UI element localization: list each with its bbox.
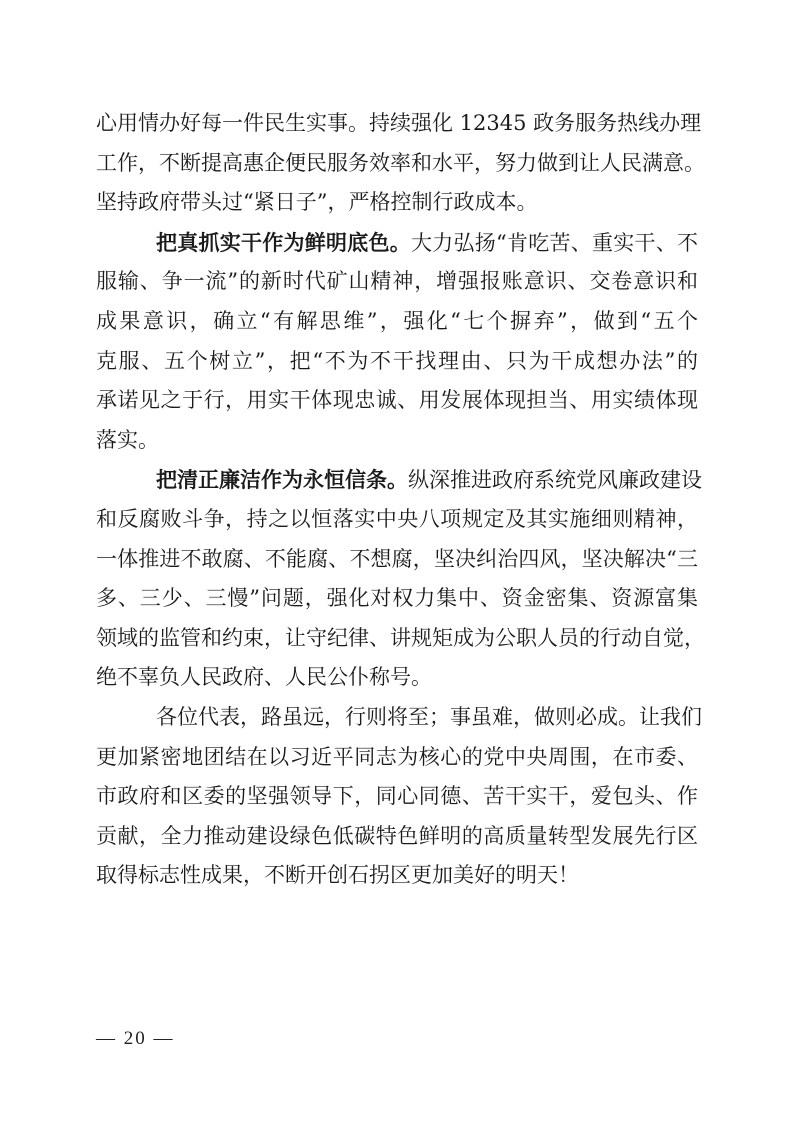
text-line: 把清正廉洁作为永恒信条。纵深推进政府系统党风廉政建设 — [96, 460, 698, 500]
text-line: 市政府和区委的坚强领导下，同心同德、苦干实干，爱包头、作 — [96, 777, 698, 817]
text-line: 领域的监管和约束，让守纪律、讲规矩成为公职人员的行动自觉， — [96, 619, 698, 659]
text-line: 工作，不断提高惠企便民服务效率和水平，努力做到让人民满意。 — [96, 144, 698, 184]
page-number: — 20 — — [96, 1028, 175, 1050]
text-span: 纵深推进政府系统党风廉政建设 — [408, 468, 702, 492]
paragraph-heading: 把真抓实干作为鲜明底色。 — [156, 230, 411, 255]
paragraph-public-service: 心用情办好每一件民生实事。持续强化 12345 政务服务热线办理 工作，不断提高… — [96, 104, 698, 223]
text-line: 各位代表，路虽远，行则将至；事虽难，做则必成。让我们 — [96, 698, 698, 738]
text-line: 和反腐败斗争，持之以恒落实中央八项规定及其实施细则精神， — [96, 500, 698, 540]
text-line: 取得标志性成果，不断开创石拐区更加美好的明天！ — [96, 856, 698, 896]
text-line: 落实。 — [96, 421, 698, 461]
paragraph-closing: 各位代表，路虽远，行则将至；事虽难，做则必成。让我们 更加紧密地团结在以习近平同… — [96, 698, 698, 896]
text-line: 承诺见之于行，用实干体现忠诚、用发展体现担当、用实绩体现 — [96, 381, 698, 421]
text-line: 克服、五个树立”，把“不为不干找理由、只为干成想办法”的 — [96, 342, 698, 382]
paragraph-heading: 把清正廉洁作为永恒信条。 — [156, 467, 408, 492]
text-line: 把真抓实干作为鲜明底色。大力弘扬“肯吃苦、重实干、不 — [96, 223, 698, 263]
text-line: 成果意识，确立“有解思维”，强化“七个摒弃”，做到“五个 — [96, 302, 698, 342]
paragraph-integrity: 把清正廉洁作为永恒信条。纵深推进政府系统党风廉政建设 和反腐败斗争，持之以恒落实… — [96, 460, 698, 698]
text-line: 更加紧密地团结在以习近平同志为核心的党中央周围，在市委、 — [96, 738, 698, 778]
paragraph-hard-work: 把真抓实干作为鲜明底色。大力弘扬“肯吃苦、重实干、不 服输、争一流”的新时代矿山… — [96, 223, 698, 461]
document-body: 心用情办好每一件民生实事。持续强化 12345 政务服务热线办理 工作，不断提高… — [96, 104, 698, 896]
text-span: 大力弘扬“肯吃苦、重实干、不 — [411, 231, 698, 255]
text-line: 服输、争一流”的新时代矿山精神，增强报账意识、交卷意识和 — [96, 262, 698, 302]
text-line: 绝不辜负人民政府、人民公仆称号。 — [96, 658, 698, 698]
text-line: 一体推进不敢腐、不能腐、不想腐，坚决纠治四风，坚决解决“三 — [96, 540, 698, 580]
text-line: 心用情办好每一件民生实事。持续强化 12345 政务服务热线办理 — [96, 104, 698, 144]
text-line: 多、三少、三慢”问题，强化对权力集中、资金密集、资源富集 — [96, 579, 698, 619]
text-line: 坚持政府带头过“紧日子”，严格控制行政成本。 — [96, 183, 698, 223]
text-line: 贡献，全力推动建设绿色低碳特色鲜明的高质量转型发展先行区 — [96, 817, 698, 857]
